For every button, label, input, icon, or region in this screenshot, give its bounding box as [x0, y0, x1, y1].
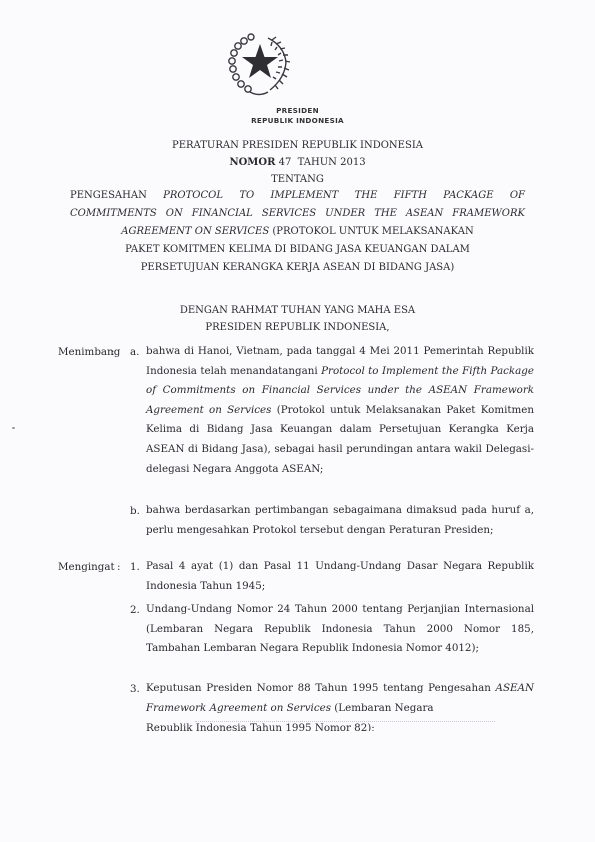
item-text: Keputusan Presiden Nomor 88 Tahun 1995 t…	[146, 682, 496, 694]
invocation: DENGAN RAHMAT TUHAN YANG MAHA ESA	[0, 305, 595, 317]
menimbang-colon: :	[111, 346, 114, 358]
item-marker-a: a.	[130, 346, 139, 358]
title-text: PENGESAHAN	[70, 190, 163, 201]
item-marker-2: 2.	[130, 604, 140, 616]
mengingat-item-1: Pasal 4 ayat (1) dan Pasal 11 Undang-Und…	[146, 557, 534, 596]
title-line-3: AGREEMENT ON SERVICES (PROTOKOL UNTUK ME…	[70, 223, 525, 241]
title-text-italic: AGREEMENT ON SERVICES	[121, 226, 269, 237]
title-line-2: COMMITMENTS ON FINANCIAL SERVICES UNDER …	[70, 205, 525, 223]
issuer: PRESIDEN REPUBLIK INDONESIA,	[0, 322, 595, 334]
menimbang-item-a: bahwa di Hanoi, Vietnam, pada tanggal 4 …	[146, 342, 534, 479]
regulation-type: PERATURAN PRESIDEN REPUBLIK INDONESIA	[0, 140, 595, 152]
item-text: (Lembaran Negara	[331, 702, 434, 714]
item-marker-b: b.	[130, 505, 140, 517]
regulation-number: NOMOR 47 TAHUN 2013	[0, 157, 595, 169]
letterhead-presiden: PRESIDEN	[0, 106, 595, 115]
title-line-4: PAKET KOMITMEN KELIMA DI BIDANG JASA KEU…	[70, 241, 525, 259]
regulation-year: 2013	[340, 157, 365, 168]
mengingat-item-3: Keputusan Presiden Nomor 88 Tahun 1995 t…	[146, 679, 534, 718]
tentang-heading: TENTANG	[0, 174, 595, 186]
item-marker-1: 1.	[130, 561, 140, 573]
regulation-number-value: 47	[279, 157, 292, 168]
document-page: PRESIDEN REPUBLIK INDONESIA PERATURAN PR…	[0, 0, 595, 842]
scan-artifact-line	[195, 721, 495, 723]
title-line-1: PENGESAHAN PROTOCOL TO IMPLEMENT THE FIF…	[70, 187, 525, 205]
mengingat-label: Mengingat	[58, 561, 115, 573]
regulation-title: PENGESAHAN PROTOCOL TO IMPLEMENT THE FIF…	[70, 187, 525, 277]
mengingat-colon: :	[117, 561, 120, 573]
menimbang-item-b: bahwa berdasarkan pertimbangan sebagaima…	[146, 501, 534, 540]
presidential-emblem-icon	[224, 28, 294, 100]
title-text: (PROTOKOL UNTUK MELAKSANAKAN	[269, 226, 474, 237]
title-line-5: PERSETUJUAN KERANGKA KERJA ASEAN DI BIDA…	[70, 259, 525, 277]
tahun-label: TAHUN	[298, 157, 337, 168]
scan-speck	[12, 427, 15, 429]
title-text-italic: PROTOCOL TO IMPLEMENT THE FIFTH PACKAGE …	[163, 190, 525, 201]
mengingat-item-2: Undang-Undang Nomor 24 Tahun 2000 tentan…	[146, 600, 534, 659]
regulation-type-text: PERATURAN PRESIDEN REPUBLIK INDONESIA	[172, 140, 423, 151]
nomor-label: NOMOR	[229, 157, 275, 168]
letterhead-republik-indonesia: REPUBLIK INDONESIA	[0, 116, 595, 125]
item-marker-3: 3.	[130, 683, 140, 695]
